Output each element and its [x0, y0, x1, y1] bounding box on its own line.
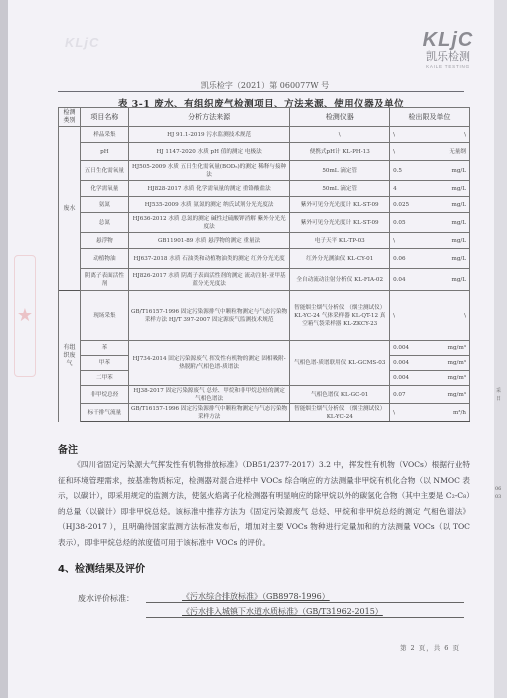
- method: HJ535-2009 水质 氨氮的测定 纳氏试剂分光光度法: [128, 197, 290, 213]
- logo-mark: KLjC: [408, 30, 488, 50]
- scan-left-edge: [0, 0, 8, 698]
- detection-limit: \: [390, 233, 434, 249]
- instrument: 紫外可见分光光度计 KL-ST-09: [290, 213, 390, 233]
- item-name: pH: [80, 143, 128, 161]
- table-row: 非甲烷总烃 HJ38-2017 固定污染源废气 总烃、甲烷和非甲烷总烃的测定 气…: [59, 386, 470, 404]
- table-row: 苯 HJ734-2014 固定污染源废气 挥发性有机物的测定 固相吸附-热脱附/…: [59, 341, 470, 356]
- edge-fragment: 日: [496, 396, 501, 403]
- table-row: 五日生化需氧量 HJ505-2009 水质 五日生化需氧量(BOD₅)的测定 稀…: [59, 161, 470, 181]
- detection-items-table: 检测类别 项目名称 分析方法来源 检测仪器 检出限及单位 废水 样品采集 HJ …: [58, 107, 470, 422]
- item-name: 化学需氧量: [80, 181, 128, 197]
- unit: mg/m³: [434, 356, 470, 371]
- column-header: 项目名称: [80, 108, 128, 127]
- table-row: 标干排气流量 GB/T16157-1996 固定污染源排气中颗粒物测定与气态污染…: [59, 404, 470, 422]
- category-cell: 废水: [59, 127, 81, 291]
- table-row: 有组织废气 现场采集 GB/T16157-1996 固定污染源排气中颗粒物测定与…: [59, 291, 470, 341]
- table-row: 氨氮 HJ535-2009 水质 氨氮的测定 纳氏试剂分光光度法 紫外可见分光光…: [59, 197, 470, 213]
- unit: mg/L: [434, 233, 470, 249]
- method: HJ636-2012 水质 总氮的测定 碱性过硫酸钾消解 紫外分光光度法: [128, 213, 290, 233]
- page-number: 第 2 页，共 6 页: [350, 643, 460, 652]
- table-row: 总氮 HJ636-2012 水质 总氮的测定 碱性过硫酸钾消解 紫外分光光度法 …: [59, 213, 470, 233]
- detection-limit: 0.07: [390, 386, 434, 404]
- item-name: 苯: [80, 341, 128, 356]
- logo-chinese-name: 凯乐检测: [408, 50, 488, 64]
- detection-limit: 0.06: [390, 249, 434, 269]
- instrument: 50mL 滴定管: [290, 161, 390, 181]
- unit: mg/L: [434, 197, 470, 213]
- unit: \: [434, 291, 470, 341]
- item-name: 总氮: [80, 213, 128, 233]
- unit: m³/h: [434, 404, 470, 422]
- edge-fragment: 采: [496, 388, 501, 395]
- item-name: 样品采集: [80, 127, 128, 143]
- table-header-row: 检测类别 项目名称 分析方法来源 检测仪器 检出限及单位: [59, 108, 470, 127]
- instrument: 紫外可见分光光度计 KL-ST-09: [290, 197, 390, 213]
- item-name: 五日生化需氧量: [80, 161, 128, 181]
- unit: mg/m³: [434, 341, 470, 356]
- item-name: 动植物油: [80, 249, 128, 269]
- method: HJ637-2018 水质 石油类和动植物油类的测定 红外分光光度: [128, 249, 290, 269]
- detection-limit: 0.04: [390, 269, 434, 291]
- unit: mg/L: [434, 249, 470, 269]
- instrument: 智能烟尘烟气分析仪 （烟尘测试仪） KL-YC-24: [290, 404, 390, 422]
- instrument: 50mL 滴定管: [290, 181, 390, 197]
- method: HJ734-2014 固定污染源废气 挥发性有机物的测定 固相吸附-热脱附/气相…: [128, 341, 290, 386]
- company-logo: KLjC 凯乐检测 KAILE TESTING: [408, 30, 488, 69]
- instrument: 电子天平 KL-TP-03: [290, 233, 390, 249]
- item-name: 非甲烷总烃: [80, 386, 128, 404]
- item-name: 现场采集: [80, 291, 128, 341]
- column-header: 检测类别: [59, 108, 81, 127]
- unit: mg/L: [434, 181, 470, 197]
- detection-limit: 0.004: [390, 341, 434, 356]
- method: GB11901-89 水质 悬浮物的测定 重量法: [128, 233, 290, 249]
- detection-limit: 4: [390, 181, 434, 197]
- instrument: 红外分光测油仪 KL-CY-01: [290, 249, 390, 269]
- item-name: 悬浮物: [80, 233, 128, 249]
- column-header: 检出限及单位: [390, 108, 470, 127]
- section-heading: 4、检测结果及评价: [58, 560, 145, 575]
- standard-line: 《污水排入城镇下水道水质标准》（GB/T31962-2015）: [146, 606, 464, 618]
- instrument: 便携式pH计 KL-PH-13: [290, 143, 390, 161]
- unit: mg/m³: [434, 371, 470, 386]
- standard-name: 《污水排入城镇下水道水质标准》（GB/T31962-2015）: [182, 607, 383, 616]
- method: HJ828-2017 水质 化学需氧量的测定 重铬酸盐法: [128, 181, 290, 197]
- method: HJ38-2017 固定污染源废气 总烃、甲烷和非甲烷总烃的测定 气相色谱法: [128, 386, 290, 404]
- method: HJ505-2009 水质 五日生化需氧量(BOD₅)的测定 稀释与接种法: [128, 161, 290, 181]
- wastewater-standard-label: 废水评价标准：: [78, 593, 134, 604]
- header-divider: [58, 91, 464, 92]
- table-row: 动植物油 HJ637-2018 水质 石油类和动植物油类的测定 红外分光光度 红…: [59, 249, 470, 269]
- standard-name: 《污水综合排放标准》（GB8978-1996）: [182, 592, 330, 601]
- detection-limit: 0.004: [390, 356, 434, 371]
- table-row: pH HJ 1147-2020 水质 pH 值的测定 电极法 便携式pH计 KL…: [59, 143, 470, 161]
- instrument: \: [290, 127, 390, 143]
- instrument: 气相色谱仪 KL-GC-01: [290, 386, 390, 404]
- category-cell: 有组织废气: [59, 291, 81, 422]
- adjacent-page-edge: 采 日 06 03: [494, 0, 507, 698]
- method: HJ 91.1-2019 污水监测技术规范: [128, 127, 290, 143]
- unit: mg/m³: [434, 386, 470, 404]
- standard-line: 《污水综合排放标准》（GB8978-1996）: [146, 591, 464, 603]
- watermark-logo: KLjC: [65, 35, 99, 50]
- unit: mg/L: [434, 161, 470, 181]
- instrument: 全自动流动注射分析仪 KL-FIA-02: [290, 269, 390, 291]
- detection-limit: 0.025: [390, 197, 434, 213]
- detection-limit: \: [390, 291, 434, 341]
- unit: mg/L: [434, 213, 470, 233]
- item-name: 氨氮: [80, 197, 128, 213]
- seal-stamp-icon: ★: [14, 255, 36, 377]
- detection-limit: \: [390, 127, 434, 143]
- unit: \: [434, 127, 470, 143]
- instrument: 智能烟尘烟气分析仪 （烟尘测试仪） KL-YC-24 气体采样器 KL-QT-1…: [290, 291, 390, 341]
- detection-limit: 0.004: [390, 371, 434, 386]
- instrument: 气相色谱-质谱联用仪 KL-GCMS-03: [290, 341, 390, 386]
- table-row: 废水 样品采集 HJ 91.1-2019 污水监测技术规范 \ \ \: [59, 127, 470, 143]
- logo-english-name: KAILE TESTING: [408, 64, 488, 69]
- table-row: 悬浮物 GB11901-89 水质 悬浮物的测定 重量法 电子天平 KL-TP-…: [59, 233, 470, 249]
- detection-limit: \: [390, 143, 434, 161]
- unit: 无量纲: [434, 143, 470, 161]
- item-name: 甲苯: [80, 356, 128, 371]
- edge-fragment: 03: [495, 494, 501, 501]
- method: GB/T16157-1996 固定污染源排气中颗粒物测定与气态污染物采样方法: [128, 404, 290, 422]
- edge-fragment: 06: [495, 486, 501, 493]
- column-header: 分析方法来源: [128, 108, 290, 127]
- remarks-paragraph: 《四川省固定污染源大气挥发性有机物排放标准》（DB51/2377-2017）3.…: [58, 457, 470, 550]
- item-name: 二甲苯: [80, 371, 128, 386]
- item-name: 阴离子表面活性剂: [80, 269, 128, 291]
- unit: mg/L: [434, 269, 470, 291]
- table-row: 化学需氧量 HJ828-2017 水质 化学需氧量的测定 重铬酸盐法 50mL …: [59, 181, 470, 197]
- column-header: 检测仪器: [290, 108, 390, 127]
- report-number: 凯乐检字（2021）第 060077W 号: [60, 80, 470, 91]
- item-name: 标干排气流量: [80, 404, 128, 422]
- detection-limit: 0.05: [390, 213, 434, 233]
- method: HJ 1147-2020 水质 pH 值的测定 电极法: [128, 143, 290, 161]
- table-row: 阴离子表面活性剂 HJ826-2017 水质 阴离子表面活性剂的测定 流动注射-…: [59, 269, 470, 291]
- method: GB/T16157-1996 固定污染源排气中颗粒物测定与气态污染物采样方法 H…: [128, 291, 290, 341]
- detection-limit: \: [390, 404, 434, 422]
- remarks-heading: 备注: [58, 441, 78, 456]
- method: HJ826-2017 水质 阴离子表面活性剂的测定 流动注射-亚甲基蓝分光光度法: [128, 269, 290, 291]
- detection-limit: 0.5: [390, 161, 434, 181]
